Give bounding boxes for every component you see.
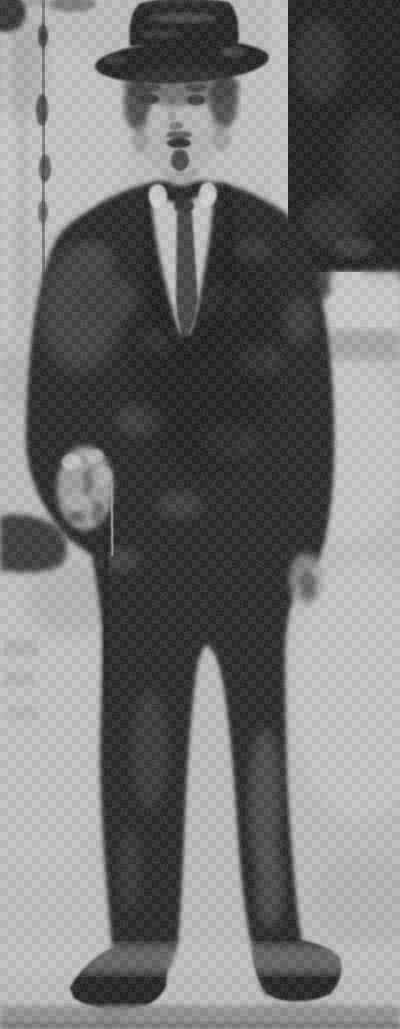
vintage-photograph: Vintage photograph of a standing man xyxy=(0,0,400,1029)
film-grain-overlay xyxy=(0,0,400,1029)
photo-canvas: Vintage photograph of a standing man xyxy=(0,0,400,1029)
photo-grain xyxy=(0,0,400,1029)
